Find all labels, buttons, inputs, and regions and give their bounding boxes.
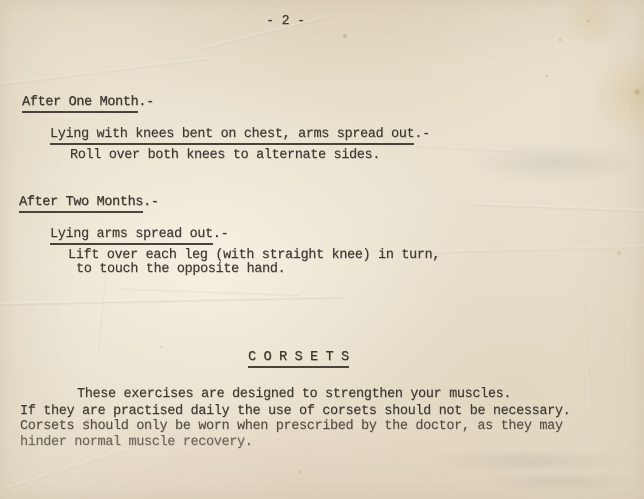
paragraph-line: These exercises are designed to strength… — [77, 388, 511, 402]
section-heading-two-months: After Two Months.- — [19, 196, 159, 210]
heading-suffix: .- — [138, 95, 154, 110]
exercise-suffix: .- — [414, 127, 430, 142]
section-heading-one-month: After One Month.- — [22, 96, 154, 110]
page-number: - 2 - — [266, 15, 305, 29]
section-heading-text: After One Month — [22, 95, 138, 113]
section-heading-text: After Two Months — [19, 195, 143, 213]
paper-crease — [470, 203, 644, 213]
paper-crease — [3, 448, 128, 491]
bleed-through-smudge — [470, 143, 640, 183]
corsets-title: C O R S E T S — [248, 351, 349, 365]
paper-crease — [1, 57, 210, 86]
paper-crease — [582, 300, 593, 420]
instruction-line: Roll over both knees to alternate sides. — [70, 149, 380, 163]
heading-suffix: .- — [143, 195, 159, 210]
document-page: - 2 - After One Month.- Lying with knees… — [0, 0, 644, 499]
exercise-suffix: .- — [213, 227, 229, 242]
paper-crease — [120, 287, 300, 296]
paragraph-line: Corsets should only be worn when prescri… — [20, 420, 563, 434]
bleed-through-smudge — [430, 450, 630, 472]
paper-crease — [420, 245, 644, 254]
paragraph-line: hinder normal muscle recovery. — [20, 436, 253, 450]
exercise-title: Lying with knees bent on chest, arms spr… — [50, 128, 430, 142]
exercise-title: Lying arms spread out.- — [50, 228, 228, 242]
instruction-line: Lift over each leg (with straight knee) … — [68, 249, 440, 263]
instruction-line: to touch the opposite hand. — [76, 263, 285, 277]
corsets-title-text: C O R S E T S — [248, 350, 349, 368]
bleed-through-smudge — [480, 473, 640, 491]
exercise-title-text: Lying with knees bent on chest, arms spr… — [50, 127, 414, 145]
paper-crease — [0, 295, 345, 305]
paper-crease — [96, 270, 107, 350]
paragraph-line: If they are practised daily the use of c… — [20, 405, 570, 419]
exercise-title-text: Lying arms spread out — [50, 227, 213, 245]
